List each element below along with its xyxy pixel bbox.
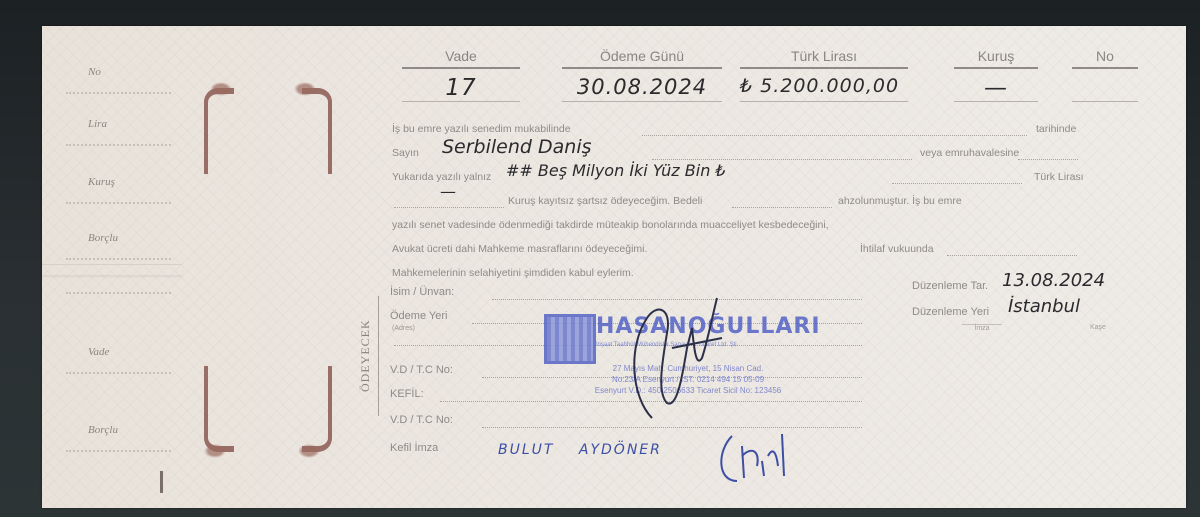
- promissory-note: No Lira Kuruş Borçlu Vade Borçlu: [42, 26, 1186, 508]
- stub-row-lira: Lira: [66, 118, 171, 146]
- amount-in-words-handwritten: ## Beş Milyon İki Yüz Bin ₺: [506, 161, 726, 180]
- stub-row-kurus: Kuruş: [66, 176, 171, 204]
- debtor-signature-icon: [612, 288, 742, 428]
- ornament-frame-top-left: [204, 88, 234, 174]
- stub-row-borclu-2: Borçlu: [66, 424, 171, 452]
- stub-row-vade: Vade: [66, 346, 171, 374]
- note-stub: No Lira Kuruş Borçlu Vade Borçlu: [42, 26, 182, 508]
- payment-date-value: 30.08.2024: [562, 75, 722, 102]
- kurus-value: —: [954, 75, 1038, 102]
- paper-crease: [42, 264, 182, 275]
- note-number-value: [1072, 75, 1138, 102]
- header-kurus: Kuruş —: [954, 48, 1038, 102]
- ornament-flourish-icon: [298, 444, 320, 458]
- vade-value: 17: [402, 75, 520, 102]
- body-line-1: İş bu emre yazılı senedim mukabilinde: [392, 123, 571, 135]
- ornament-flourish-icon: [210, 82, 232, 96]
- header-no: No: [1072, 48, 1138, 102]
- stub-row-blank: [66, 278, 171, 294]
- ornament-frame-top-right: [302, 88, 332, 174]
- odeyecek-vertical-label: ÖDEYECEK: [358, 296, 379, 416]
- ornament-frame-bottom-left: [204, 366, 234, 452]
- guarantor-signature-icon: [712, 426, 802, 486]
- stub-row-borclu: Borçlu: [66, 232, 171, 260]
- issue-place-handwritten: İstanbul: [1008, 296, 1080, 317]
- header-vade: Vade 17: [402, 48, 520, 102]
- header-turk-lirasi: Türk Lirası ₺ 5.200.000,00: [740, 48, 908, 102]
- guarantor-name-handwritten: BULUT AYDÖNER: [498, 442, 662, 458]
- ornament-flourish-icon: [204, 444, 226, 458]
- header-odeme-gunu: Ödeme Günü 30.08.2024: [562, 48, 722, 102]
- ornament-flourish-icon: [294, 82, 316, 96]
- issue-date-handwritten: 13.08.2024: [1002, 270, 1105, 291]
- stub-row-no: No: [66, 66, 171, 94]
- company-logo-icon: [544, 314, 596, 364]
- amount-value: ₺ 5.200.000,00: [740, 75, 908, 102]
- perforation-mark: [160, 471, 163, 493]
- payee-handwritten: Serbilend Daniş: [442, 136, 592, 158]
- ornament-frame-bottom-right: [302, 366, 332, 452]
